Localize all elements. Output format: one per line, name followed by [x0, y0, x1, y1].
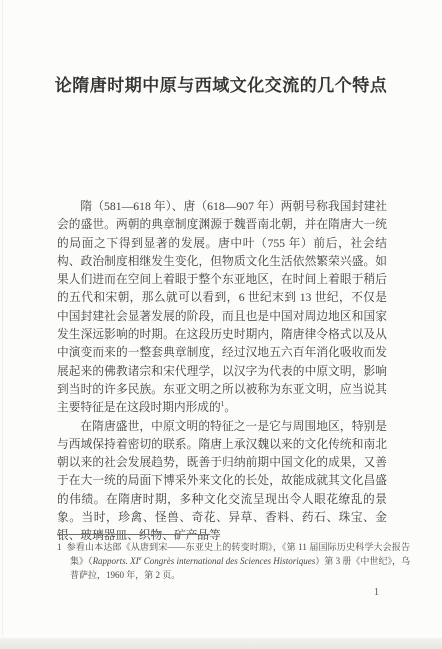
paragraph-2-text: 在隋唐盛世，中原文明的特征之一是它与周围地区，特别是与西域保持着密切的联系。隋唐…: [57, 420, 387, 543]
paragraph-1-text: 隋（581—618 年）、唐（618—907 年）两朝号称我国封建社会的盛世。两…: [57, 200, 387, 414]
footnote-marker: 1: [57, 542, 62, 552]
paragraph-1: 隋（581—618 年）、唐（618—907 年）两朝号称我国封建社会的盛世。两…: [57, 198, 387, 418]
scan-edge-bottom: [0, 638, 442, 649]
paragraph-1-text-after-ref: 。: [224, 401, 236, 414]
footnote: 1参看山本达郎《从唐到宋——东亚史上的转变时期》，《第 11 届国际历史科学大会…: [57, 540, 410, 582]
footnote-separator: [57, 534, 210, 535]
scan-edge-left: [2, 0, 3, 635]
footnote-citation-part1: Rapports. XI: [93, 556, 139, 566]
document-page: 论隋唐时期中原与西域文化交流的几个特点 隋（581—618 年）、唐（618—9…: [0, 0, 442, 649]
footnote-citation-part2: Congrès international des Sciences Histo…: [141, 556, 315, 566]
page-number: 1: [374, 587, 379, 598]
body-text: 隋（581—618 年）、唐（618—907 年）两朝号称我国封建社会的盛世。两…: [57, 198, 387, 546]
page-title: 论隋唐时期中原与西域文化交流的几个特点: [0, 71, 442, 96]
footnote-citation-italic: Rapports. XIe Congrès international des …: [93, 556, 316, 566]
paragraph-2: 在隋唐盛世，中原文明的特征之一是它与周围地区，特别是与西域保持着密切的联系。隋唐…: [57, 418, 387, 546]
